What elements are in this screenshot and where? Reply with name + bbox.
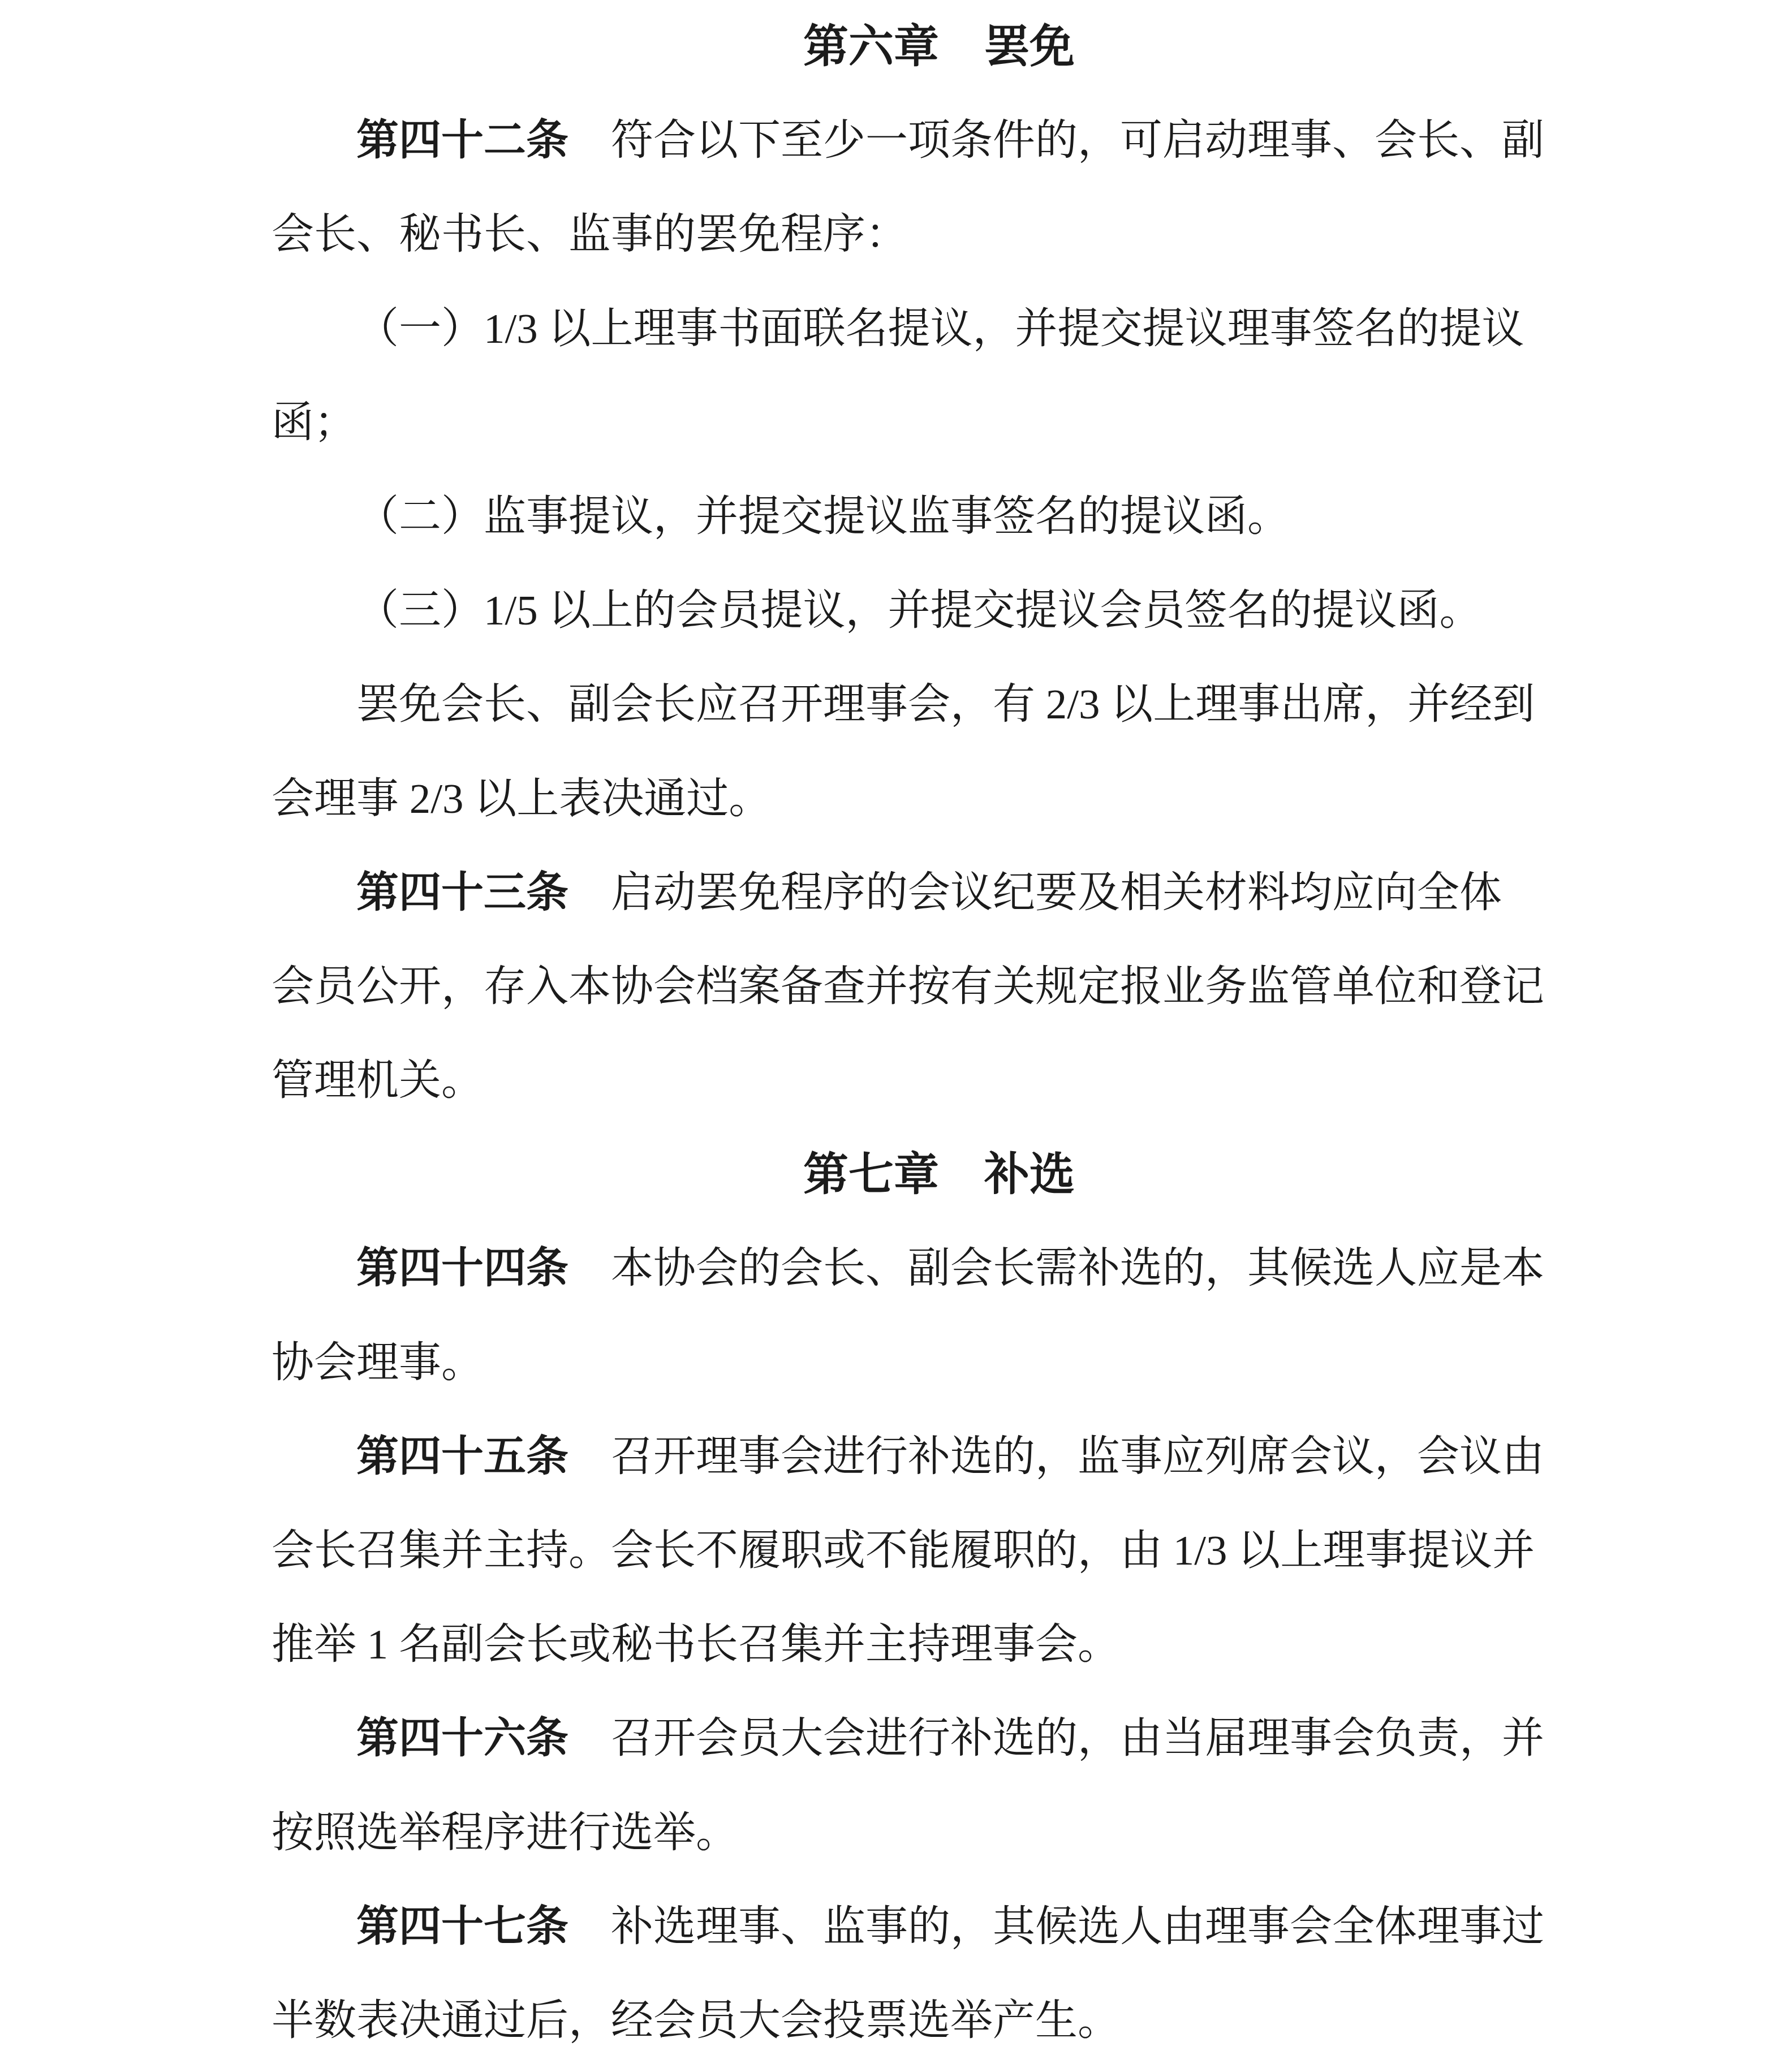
- article-number: 第四十三条: [356, 869, 568, 916]
- body-line: 半数表决通过后，经会员大会投票选举产生。: [272, 1974, 1544, 2068]
- body-text: 会理事 2/3 以上表决通过。: [272, 775, 771, 822]
- article-line: 第四十五条 召开理事会进行补选的，监事应列席会议，会议由: [272, 1410, 1544, 1504]
- body-text: （一）1/3 以上理事书面联名提议，并提交提议理事签名的提议: [356, 305, 1524, 352]
- article-number: 第四十七条: [356, 1903, 568, 1950]
- body-line: 按照选举程序进行选举。: [272, 1786, 1544, 1880]
- list-item-line: （二）监事提议，并提交提议监事签名的提议函。: [272, 470, 1544, 564]
- article-text: 补选理事、监事的，其候选人由理事会全体理事过: [568, 1903, 1544, 1950]
- document-body: 第六章 罢免 第四十二条 符合以下至少一项条件的，可启动理事、会长、副 会长、秘…: [272, 0, 1544, 2068]
- article-line: 第四十三条 启动罢免程序的会议纪要及相关材料均应向全体: [272, 846, 1544, 940]
- body-text: 会员公开，存入本协会档案备查并按有关规定报业务监管单位和登记: [272, 963, 1544, 1010]
- document-page: { "page": { "background_color": "#ffffff…: [0, 0, 1792, 2068]
- article-line: 第四十七条 补选理事、监事的，其候选人由理事会全体理事过: [272, 1880, 1544, 1974]
- chapter-heading-text: 第七章 补选: [803, 1150, 1075, 1200]
- body-text: （三）1/5 以上的会员提议，并提交提议会员签名的提议函。: [356, 587, 1482, 634]
- article-line: 第四十四条 本协会的会长、副会长需补选的，其候选人应是本: [272, 1222, 1544, 1316]
- article-number: 第四十六条: [356, 1715, 568, 1762]
- list-item-line: （一）1/3 以上理事书面联名提议，并提交提议理事签名的提议: [272, 282, 1544, 376]
- article-text: 本协会的会长、副会长需补选的，其候选人应是本: [568, 1245, 1544, 1292]
- body-text: 管理机关。: [272, 1057, 484, 1104]
- body-text: 推举 1 名副会长或秘书长召集并主持理事会。: [272, 1621, 1120, 1668]
- body-line: 会理事 2/3 以上表决通过。: [272, 752, 1544, 846]
- body-text: （二）监事提议，并提交提议监事签名的提议函。: [356, 493, 1290, 540]
- body-line: 推举 1 名副会长或秘书长召集并主持理事会。: [272, 1598, 1544, 1692]
- body-line: 会长召集并主持。会长不履职或不能履职的，由 1/3 以上理事提议并: [272, 1504, 1544, 1598]
- article-text: 启动罢免程序的会议纪要及相关材料均应向全体: [568, 869, 1502, 916]
- body-text: 按照选举程序进行选举。: [272, 1809, 738, 1856]
- article-text: 召开理事会进行补选的，监事应列席会议，会议由: [568, 1433, 1544, 1480]
- body-text: 会长召集并主持。会长不履职或不能履职的，由 1/3 以上理事提议并: [272, 1527, 1535, 1574]
- article-line: 第四十二条 符合以下至少一项条件的，可启动理事、会长、副: [272, 94, 1544, 188]
- page: 第六章 罢免 第四十二条 符合以下至少一项条件的，可启动理事、会长、副 会长、秘…: [0, 0, 1792, 2068]
- article-line: 第四十六条 召开会员大会进行补选的，由当届理事会负责，并: [272, 1692, 1544, 1786]
- body-text: 罢免会长、副会长应召开理事会，有 2/3 以上理事出席，并经到: [356, 681, 1535, 728]
- body-text: 半数表决通过后，经会员大会投票选举产生。: [272, 1997, 1120, 2044]
- body-line: 管理机关。: [272, 1034, 1544, 1128]
- paragraph-line: 罢免会长、副会长应召开理事会，有 2/3 以上理事出席，并经到: [272, 658, 1544, 752]
- body-line: 会长、秘书长、监事的罢免程序：: [272, 188, 1544, 282]
- body-text: 会长、秘书长、监事的罢免程序：: [272, 211, 908, 258]
- body-line: 函；: [272, 376, 1544, 470]
- article-text: 召开会员大会进行补选的，由当届理事会负责，并: [568, 1715, 1544, 1762]
- chapter-heading: 第七章 补选: [303, 1128, 1575, 1222]
- chapter-heading-text: 第六章 罢免: [803, 22, 1075, 72]
- body-text: 协会理事。: [272, 1339, 484, 1386]
- article-number: 第四十四条: [356, 1245, 568, 1292]
- body-line: 会员公开，存入本协会档案备查并按有关规定报业务监管单位和登记: [272, 940, 1544, 1034]
- body-line: 协会理事。: [272, 1316, 1544, 1410]
- list-item-line: （三）1/5 以上的会员提议，并提交提议会员签名的提议函。: [272, 564, 1544, 658]
- article-number: 第四十五条: [356, 1433, 568, 1480]
- article-text: 符合以下至少一项条件的，可启动理事、会长、副: [568, 117, 1544, 164]
- body-text: 函；: [272, 399, 356, 446]
- article-number: 第四十二条: [356, 117, 568, 164]
- chapter-heading: 第六章 罢免: [303, 0, 1575, 94]
